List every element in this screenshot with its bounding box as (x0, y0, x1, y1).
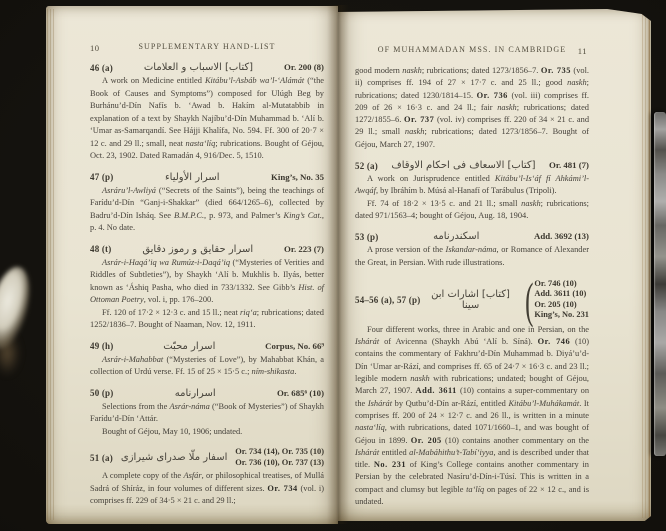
entry-paragraph: A work on Jurisprudence entitled Kitábu’… (355, 173, 589, 198)
entry-title-arabic: [كتاب] الاسباب و العلامات (117, 62, 280, 73)
right-running-title: OF MUHAMMADAN MSS. IN CAMBRIDGE (355, 45, 589, 54)
entry-heading: 50 (p)اسرارنامهOr. 685⁶ (10) (90, 388, 324, 399)
shelfmark-lines: King’s, No. 35 (271, 172, 324, 183)
entry-number: 52 (a) (355, 161, 378, 171)
left-running-title: SUPPLEMENTARY HAND-LIST (90, 42, 324, 51)
entry-title-arabic: اسرار الأولياء (117, 172, 267, 183)
shelfmark-lines: Or. 223 (7) (284, 244, 324, 255)
entry-heading: 47 (p)اسرار الأولياءKing’s, No. 35 (90, 172, 324, 183)
shelfmark-line: Or. 223 (7) (284, 244, 324, 255)
entry-heading: 46 (a)[كتاب] الاسباب و العلاماتOr. 200 (… (90, 62, 324, 73)
shelfmark-line: King’s, No. 231 (534, 310, 589, 321)
entry-number: 48 (t) (90, 244, 111, 254)
entry-title-arabic: اسرار محبّت (117, 341, 261, 352)
catalog-entry: 54–56 (a), 57 (p)[كتاب] اشارات ابن سينا(… (355, 278, 589, 508)
entry-heading: 54–56 (a), 57 (p)[كتاب] اشارات ابن سينا(… (355, 278, 589, 322)
entry-paragraph: Ff. 120 of 17·2 × 12·3 c. and 15 ll.; ne… (90, 307, 324, 332)
entry-shelfmark: Or. 223 (7) (284, 244, 324, 255)
entry-shelfmark: Or. 685⁶ (10) (277, 388, 324, 399)
shelfmark-lines: Add. 3692 (13) (534, 231, 589, 242)
shelfmark-line: King’s, No. 35 (271, 172, 324, 183)
entry-paragraph: Bought of Géjou, May 10, 1906; undated. (90, 426, 324, 439)
catalog-entry: 51 (a)اسفار ملّا صدرای شیرازیOr. 734 (14… (90, 447, 324, 508)
catalog-entry: 53 (p)اسكندرنامهAdd. 3692 (13)A prose ve… (355, 231, 589, 269)
catalog-entry: 52 (a)[كتاب] الاسعاف فى احكام الاوقافOr.… (355, 160, 589, 222)
entry-title-arabic: [كتاب] اشارات ابن سينا (424, 289, 516, 311)
shelfmark-line: Or. 481 (7) (549, 160, 589, 171)
shelfmark-lines: Or. 200 (8) (284, 62, 324, 73)
entry-shelfmark: Or. 481 (7) (549, 160, 589, 171)
entry-shelfmark: Or. 200 (8) (284, 62, 324, 73)
shelfmark-line: Or. 734 (14), Or. 735 (10) (235, 447, 324, 458)
entry-heading: 52 (a)[كتاب] الاسعاف فى احكام الاوقافOr.… (355, 160, 589, 171)
entry-paragraph: A complete copy of the Asfár, or philoso… (90, 470, 324, 508)
shelfmark-line: Corpus, No. 66⁹ (265, 341, 324, 352)
catalog-entry: 46 (a)[كتاب] الاسباب و العلاماتOr. 200 (… (90, 62, 324, 163)
right-running-head: OF MUHAMMADAN MSS. IN CAMBRIDGE 11 (355, 45, 589, 58)
entry-heading: 49 (h)اسرار محبّتCorpus, No. 66⁹ (90, 341, 324, 352)
shelfmark-brace: ( (525, 278, 533, 322)
entry-heading: 51 (a)اسفار ملّا صدرای شیرازیOr. 734 (14… (90, 447, 324, 468)
entry-shelfmark: Or. 734 (14), Or. 735 (10)Or. 736 (10), … (235, 447, 324, 468)
shelfmark-line: Add. 3611 (10) (534, 289, 589, 300)
left-entries: 46 (a)[كتاب] الاسباب و العلاماتOr. 200 (… (90, 62, 324, 508)
entry-paragraph: Asrár-i-Mahabbat (“Mysteries of Love”), … (90, 354, 324, 379)
entry-number: 51 (a) (90, 453, 113, 463)
catalog-entry: 49 (h)اسرار محبّتCorpus, No. 66⁹Asrár-i-… (90, 341, 324, 379)
entry-shelfmark: Corpus, No. 66⁹ (265, 341, 324, 352)
catalog-entry: 50 (p)اسرارنامهOr. 685⁶ (10)Selections f… (90, 388, 324, 439)
entry-shelfmark: (Or. 746 (10)Add. 3611 (10)Or. 205 (10)K… (521, 278, 589, 322)
shelfmark-lines: Or. 481 (7) (549, 160, 589, 171)
shelfmark-lines: Or. 746 (10)Add. 3611 (10)Or. 205 (10)Ki… (534, 279, 589, 321)
entry-paragraph: Asrár-i-Haqá’iq wa Rumúz-i-Daqá’iq (“Mys… (90, 257, 324, 307)
entry-title-arabic: اسكندرنامه (382, 231, 530, 242)
right-page-number: 11 (578, 46, 587, 56)
entry-number: 49 (h) (90, 341, 113, 351)
entry-title-arabic: اسرارنامه (117, 388, 273, 399)
shelfmark-line: Or. 205 (10) (534, 300, 589, 311)
page-curl (0, 263, 37, 353)
right-entries: good modern naskh; rubrications; dated 1… (355, 65, 589, 508)
entry-number: 46 (a) (90, 63, 113, 73)
entry-shelfmark: King’s, No. 35 (271, 172, 324, 183)
entry-title-arabic: اسرار حقايق و رموز دقايق (115, 244, 280, 255)
shelfmark-line: Or. 736 (10), Or. 737 (13) (235, 458, 324, 469)
entry-number: 47 (p) (90, 172, 113, 182)
entry-paragraph: good modern naskh; rubrications; dated 1… (355, 65, 589, 151)
left-running-head: 10 SUPPLEMENTARY HAND-LIST (90, 42, 324, 55)
catalog-entry: 47 (p)اسرار الأولياءKing’s, No. 35Asráru… (90, 172, 324, 235)
entry-number: 50 (p) (90, 388, 113, 398)
book-cradle-strip (654, 112, 666, 456)
photo-stage: 10 SUPPLEMENTARY HAND-LIST 46 (a)[كتاب] … (0, 0, 666, 531)
shelfmark-line: Or. 685⁶ (10) (277, 388, 324, 399)
entry-shelfmark: Add. 3692 (13) (534, 231, 589, 242)
shelfmark-lines: Or. 685⁶ (10) (277, 388, 324, 399)
entry-paragraph: Selections from the Asrár-náma (“Book of… (90, 401, 324, 426)
entry-paragraph: Ff. 74 of 18·2 × 13·5 c. and 21 ll.; sma… (355, 198, 589, 223)
entry-title-arabic: [كتاب] الاسعاف فى احكام الاوقاف (382, 160, 545, 171)
entry-paragraph: A work on Medicine entitled Kitábu’l-Asb… (90, 75, 324, 163)
left-page-number: 10 (90, 43, 100, 53)
shelfmark-line: Or. 746 (10) (534, 279, 589, 290)
entry-paragraph: A prose version of the Iskandar-náma, or… (355, 244, 589, 269)
shelfmark-line: Or. 200 (8) (284, 62, 324, 73)
catalog-entry: good modern naskh; rubrications; dated 1… (355, 65, 589, 151)
shelfmark-lines: Corpus, No. 66⁹ (265, 341, 324, 352)
entry-title-arabic: اسفار ملّا صدرای شیرازی (117, 452, 231, 463)
entry-paragraph: Four different works, three in Arabic an… (355, 324, 589, 508)
shelfmark-lines: Or. 734 (14), Or. 735 (10)Or. 736 (10), … (235, 447, 324, 468)
entry-heading: 53 (p)اسكندرنامهAdd. 3692 (13) (355, 231, 589, 242)
entry-number: 54–56 (a), 57 (p) (355, 295, 420, 305)
right-page: OF MUHAMMADAN MSS. IN CAMBRIDGE 11 good … (338, 9, 651, 521)
shelfmark-line: Add. 3692 (13) (534, 231, 589, 242)
left-page: 10 SUPPLEMENTARY HAND-LIST 46 (a)[كتاب] … (46, 6, 338, 524)
entry-paragraph: Asráru’l-Awliyá (“Secrets of the Saints”… (90, 185, 324, 235)
entry-heading: 48 (t)اسرار حقايق و رموز دقايقOr. 223 (7… (90, 244, 324, 255)
catalog-entry: 48 (t)اسرار حقايق و رموز دقايقOr. 223 (7… (90, 244, 324, 332)
entry-number: 53 (p) (355, 232, 378, 242)
